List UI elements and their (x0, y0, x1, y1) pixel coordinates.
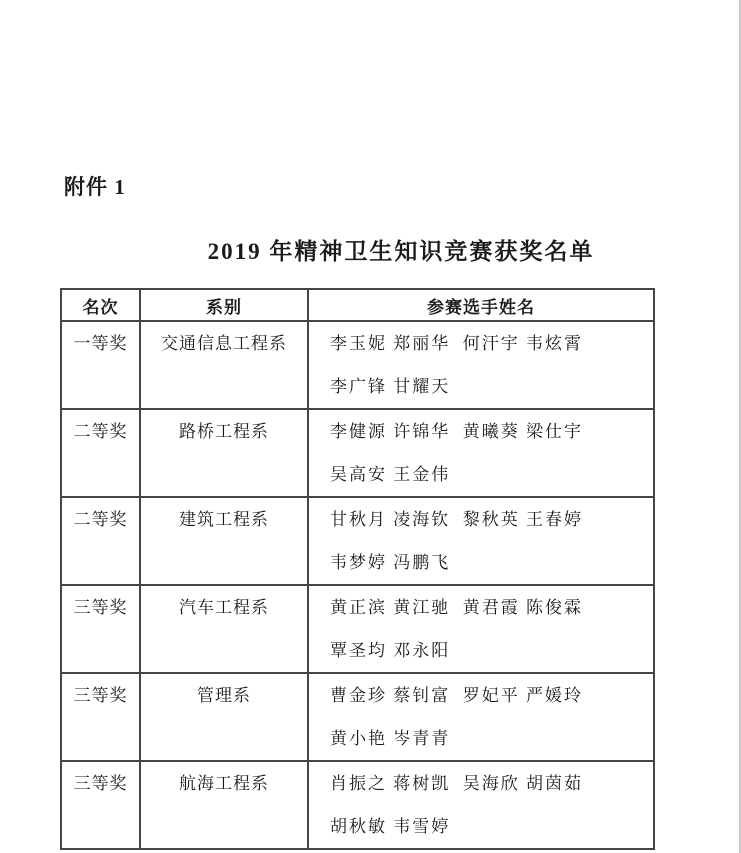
rank-cell: 二等奖 (61, 409, 140, 497)
names-line-1: 李玉妮 郑丽华 何汗宇 韦炫霄 (330, 322, 653, 365)
names-cell: 李玉妮 郑丽华 何汗宇 韦炫霄李广锋 甘耀天 (308, 321, 654, 409)
names-line-2: 韦梦婷 冯鹏飞 (330, 541, 653, 584)
names-line-1: 黄正滨 黄江驰 黄君霞 陈俊霖 (330, 586, 653, 629)
col-header-department: 系别 (140, 289, 308, 321)
department-cell: 建筑工程系 (140, 497, 308, 585)
names-line-2: 胡秋敏 韦雪婷 (330, 805, 653, 848)
awards-table: 名次 系别 参赛选手姓名 一等奖交通信息工程系李玉妮 郑丽华 何汗宇 韦炫霄李广… (60, 288, 655, 850)
names-cell: 李健源 许锦华 黄曦葵 梁仕宇吴高安 王金伟 (308, 409, 654, 497)
names-cell: 甘秋月 凌海钦 黎秋英 王春婷韦梦婷 冯鹏飞 (308, 497, 654, 585)
names-cell: 黄正滨 黄江驰 黄君霞 陈俊霖覃圣均 邓永阳 (308, 585, 654, 673)
names-line-1: 李健源 许锦华 黄曦葵 梁仕宇 (330, 410, 653, 453)
table-header: 名次 系别 参赛选手姓名 (61, 289, 654, 321)
department-cell: 汽车工程系 (140, 585, 308, 673)
col-header-participants: 参赛选手姓名 (308, 289, 654, 321)
names-line-1: 曹金珍 蔡钊富 罗妃平 严媛玲 (330, 674, 653, 717)
names-line-1: 肖振之 蒋树凯 吴海欣 胡茵茹 (330, 762, 653, 805)
col-header-rank: 名次 (61, 289, 140, 321)
department-cell: 管理系 (140, 673, 308, 761)
department-cell: 航海工程系 (140, 761, 308, 849)
rank-cell: 三等奖 (61, 585, 140, 673)
department-cell: 交通信息工程系 (140, 321, 308, 409)
table-row: 二等奖建筑工程系甘秋月 凌海钦 黎秋英 王春婷韦梦婷 冯鹏飞 (61, 497, 654, 585)
names-line-2: 吴高安 王金伟 (330, 453, 653, 496)
rank-cell: 二等奖 (61, 497, 140, 585)
table-row: 三等奖汽车工程系黄正滨 黄江驰 黄君霞 陈俊霖覃圣均 邓永阳 (61, 585, 654, 673)
rank-cell: 一等奖 (61, 321, 140, 409)
table-row: 三等奖航海工程系肖振之 蒋树凯 吴海欣 胡茵茹胡秋敏 韦雪婷 (61, 761, 654, 849)
rank-cell: 三等奖 (61, 761, 140, 849)
table-body: 一等奖交通信息工程系李玉妮 郑丽华 何汗宇 韦炫霄李广锋 甘耀天二等奖路桥工程系… (61, 321, 654, 849)
header-row: 名次 系别 参赛选手姓名 (61, 289, 654, 321)
attachment-label: 附件 1 (64, 171, 126, 201)
table-row: 二等奖路桥工程系李健源 许锦华 黄曦葵 梁仕宇吴高安 王金伟 (61, 409, 654, 497)
table-row: 一等奖交通信息工程系李玉妮 郑丽华 何汗宇 韦炫霄李广锋 甘耀天 (61, 321, 654, 409)
department-cell: 路桥工程系 (140, 409, 308, 497)
names-line-2: 黄小艳 岑青青 (330, 717, 653, 760)
document-title: 2019 年精神卫生知识竞赛获奖名单 (61, 233, 741, 266)
table-row: 三等奖管理系曹金珍 蔡钊富 罗妃平 严媛玲黄小艳 岑青青 (61, 673, 654, 761)
names-cell: 肖振之 蒋树凯 吴海欣 胡茵茹胡秋敏 韦雪婷 (308, 761, 654, 849)
names-line-2: 李广锋 甘耀天 (330, 365, 653, 408)
names-line-2: 覃圣均 邓永阳 (330, 629, 653, 672)
rank-cell: 三等奖 (61, 673, 140, 761)
names-cell: 曹金珍 蔡钊富 罗妃平 严媛玲黄小艳 岑青青 (308, 673, 654, 761)
names-line-1: 甘秋月 凌海钦 黎秋英 王春婷 (330, 498, 653, 541)
document-page: 附件 1 2019 年精神卫生知识竞赛获奖名单 名次 系别 参赛选手姓名 一等奖… (0, 0, 741, 853)
